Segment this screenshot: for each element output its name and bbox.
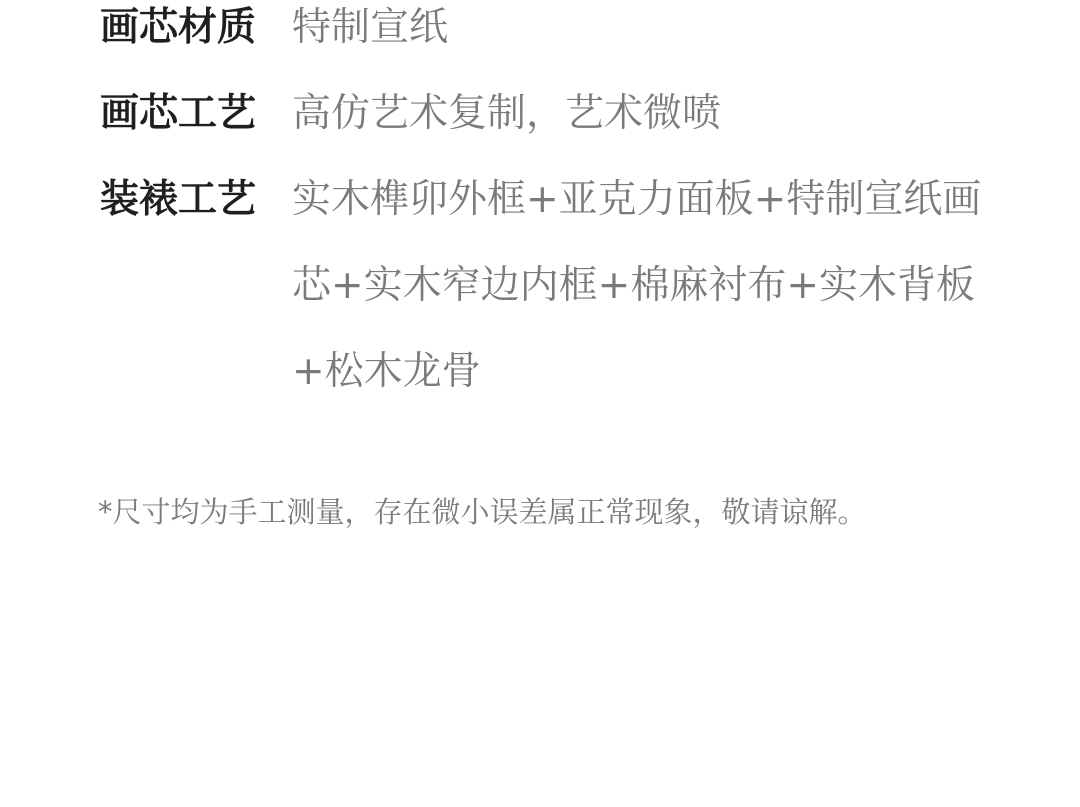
spec-label: 画芯材质: [100, 0, 292, 71]
spec-row-craft: 画芯工艺 高仿艺术复制，艺术微喷: [100, 71, 1020, 157]
spec-row-mounting: 装裱工艺 实木榫卯外框+亚克力面板+特制宣纸画芯+实木窄边内框+棉麻衬布+实木背…: [100, 157, 1020, 415]
spec-list: 画芯材质 特制宣纸 画芯工艺 高仿艺术复制，艺术微喷 装裱工艺 实木榫卯外框+亚…: [100, 0, 1020, 415]
spec-label: 装裱工艺: [100, 157, 292, 243]
spec-label: 画芯工艺: [100, 71, 292, 157]
footnote: *尺寸均为手工测量，存在微小误差属正常现象，敬请谅解。: [98, 492, 867, 532]
spec-value: 高仿艺术复制，艺术微喷: [292, 71, 1007, 157]
spec-value: 特制宣纸: [292, 0, 1007, 71]
spec-value: 实木榫卯外框+亚克力面板+特制宣纸画芯+实木窄边内框+棉麻衬布+实木背板+松木龙…: [292, 157, 1007, 415]
spec-row-material: 画芯材质 特制宣纸: [100, 0, 1020, 71]
